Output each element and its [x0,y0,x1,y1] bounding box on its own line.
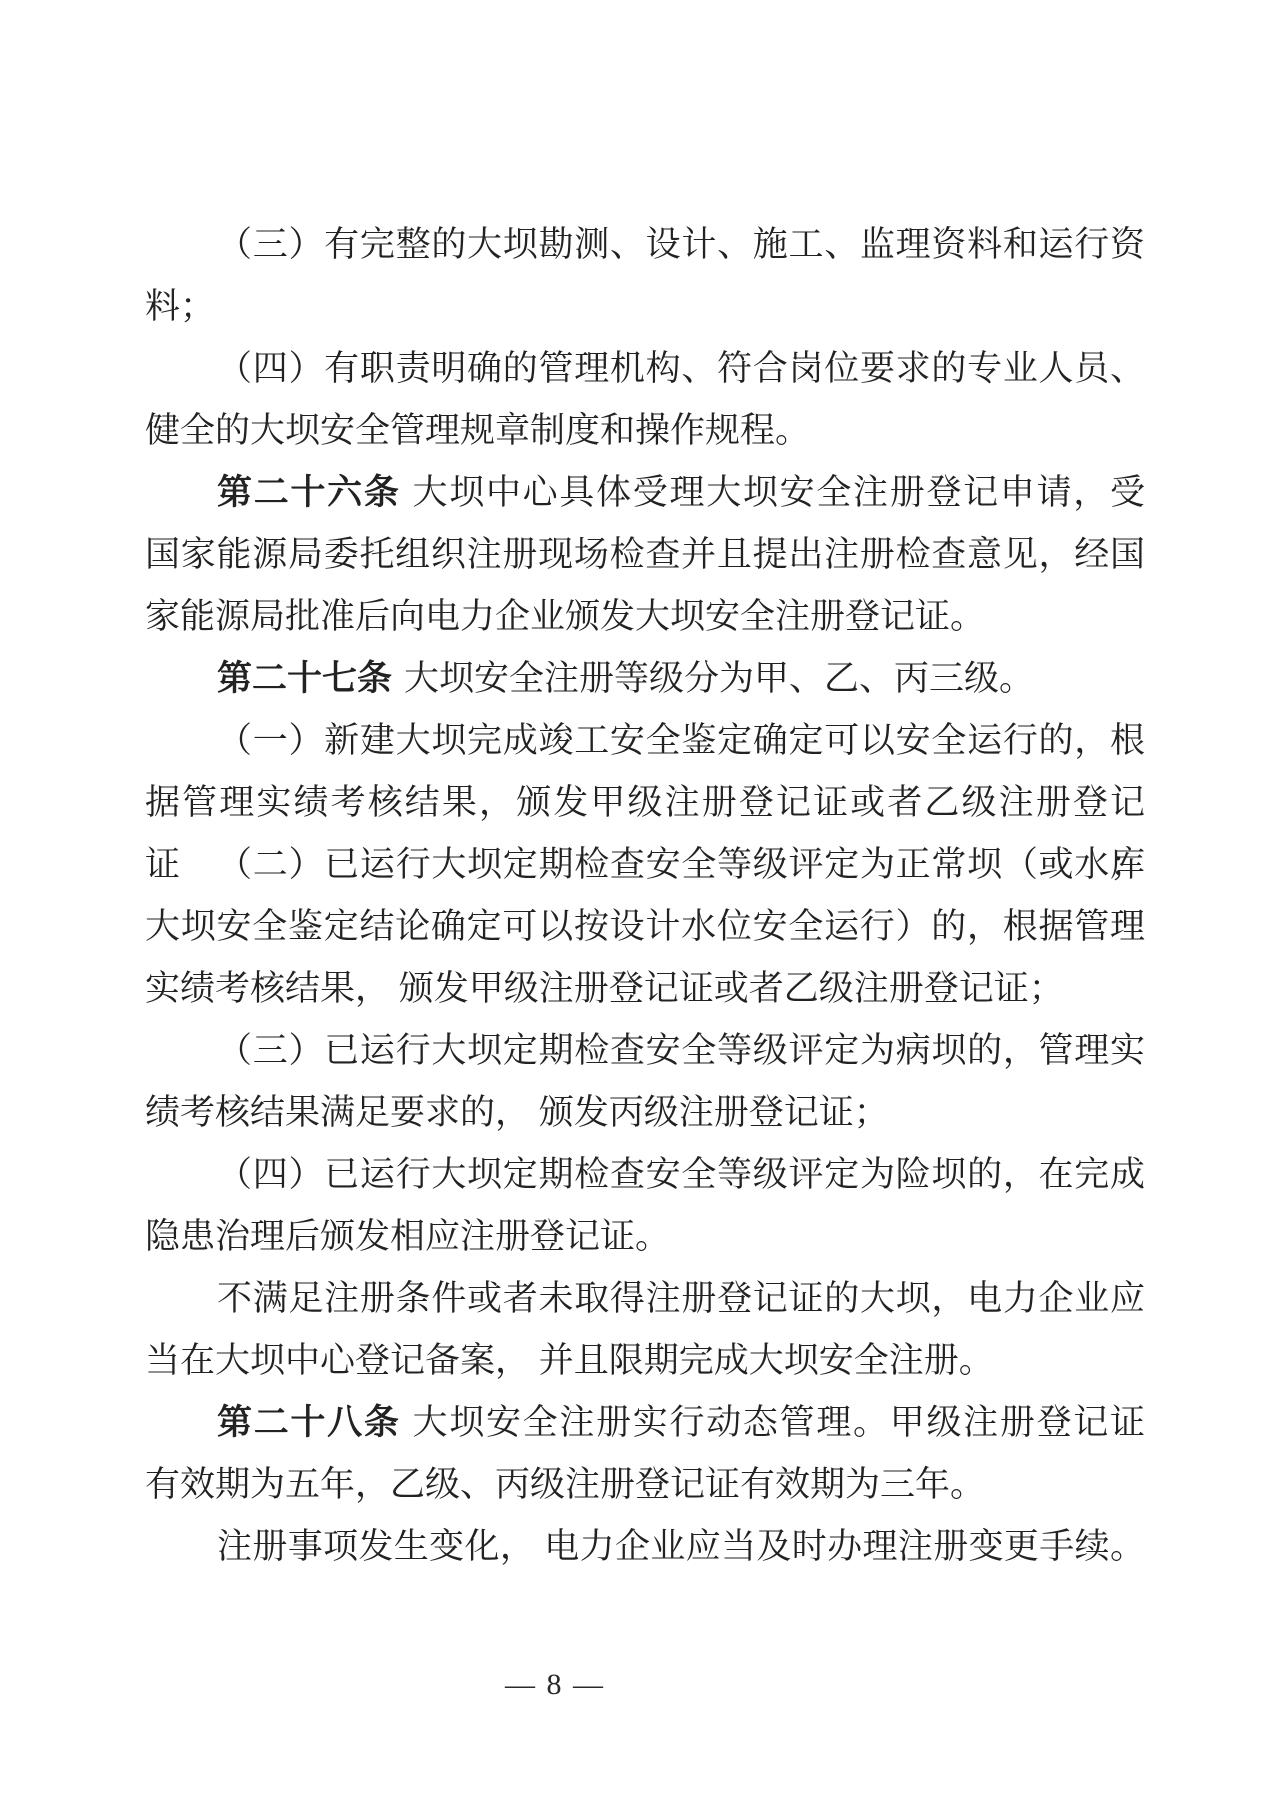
text-line: （二）已运行大坝定期检查安全等级评定为正常坝（或水库 [145,834,1145,896]
line-text: 大坝安全鉴定结论确定可以按设计水位安全运行）的，根据管理 [145,907,1145,946]
text-line: 绩考核结果满足要求的， 颁发丙级注册登记证； [145,1082,1145,1144]
text-line: 第二十七条大坝安全注册等级分为甲、乙、丙三级。 [145,648,1145,710]
article-number: 第二十六条 [217,473,401,512]
line-text: 家能源局批准后向电力企业颁发大坝安全注册登记证。 [145,597,985,636]
line-text: 大坝安全注册等级分为甲、乙、丙三级。 [404,659,1034,698]
document-body: （三）有完整的大坝勘测、设计、施工、监理资料和运行资 料； （四）有职责明确的管… [145,214,1145,1578]
article-number: 第二十七条 [217,659,392,698]
text-line: （三）有完整的大坝勘测、设计、施工、监理资料和运行资 [145,214,1145,276]
page-number: — 8 — [505,1668,605,1701]
text-line: 料； [145,276,1145,338]
text-line: （三）已运行大坝定期检查安全等级评定为病坝的，管理实 [145,1020,1145,1082]
line-text: （三）有完整的大坝勘测、设计、施工、监理资料和运行资 [217,225,1145,264]
line-text: （四）有职责明确的管理机构、符合岗位要求的专业人员、 [217,349,1145,388]
text-line: 国家能源局委托组织注册现场检查并且提出注册检查意见，经国 [145,524,1145,586]
line-text: 健全的大坝安全管理规章制度和操作规程。 [145,411,810,450]
text-line: 有效期为五年，乙级、丙级注册登记证有效期为三年。 [145,1454,1145,1516]
line-text: 国家能源局委托组织注册现场检查并且提出注册检查意见，经国 [145,535,1145,574]
line-text: 绩考核结果满足要求的， 颁发丙级注册登记证； [145,1093,889,1132]
line-text: 注册事项发生变化， 电力企业应当及时办理注册变更手续。 [217,1527,1145,1566]
text-line: 不满足注册条件或者未取得注册登记证的大坝，电力企业应 [145,1268,1145,1330]
text-line: （一）新建大坝完成竣工安全鉴定确定可以安全运行的，根 [145,710,1145,772]
text-line: 家能源局批准后向电力企业颁发大坝安全注册登记证。 [145,586,1145,648]
line-text: 不满足注册条件或者未取得注册登记证的大坝，电力企业应 [217,1279,1145,1318]
line-text: （二）已运行大坝定期检查安全等级评定为正常坝（或水库 [217,845,1145,884]
document-page: （三）有完整的大坝勘测、设计、施工、监理资料和运行资 料； （四）有职责明确的管… [0,0,1280,1810]
text-line: 第二十八条大坝安全注册实行动态管理。甲级注册登记证 [145,1392,1145,1454]
line-text: 实绩考核结果， 颁发甲级注册登记证或者乙级注册登记证； [145,969,1064,1008]
text-line: 隐患治理后颁发相应注册登记证。 [145,1206,1145,1268]
line-text: 大坝中心具体受理大坝安全注册登记申请，受 [413,473,1145,512]
article-number: 第二十八条 [217,1403,401,1442]
line-text: （一）新建大坝完成竣工安全鉴定确定可以安全运行的，根 [217,721,1145,760]
text-line: 健全的大坝安全管理规章制度和操作规程。 [145,400,1145,462]
text-line: 注册事项发生变化， 电力企业应当及时办理注册变更手续。 [145,1516,1145,1578]
text-line: 当在大坝中心登记备案， 并且限期完成大坝安全注册。 [145,1330,1145,1392]
page-footer: — 8 — [0,1668,1110,1702]
line-text: （四）已运行大坝定期检查安全等级评定为险坝的，在完成 [217,1155,1145,1194]
line-text: （三）已运行大坝定期检查安全等级评定为病坝的，管理实 [217,1031,1145,1070]
text-line: （四）有职责明确的管理机构、符合岗位要求的专业人员、 [145,338,1145,400]
line-text: 有效期为五年，乙级、丙级注册登记证有效期为三年。 [145,1465,985,1504]
line-text: 大坝安全注册实行动态管理。甲级注册登记证 [413,1403,1145,1442]
line-text: 隐患治理后颁发相应注册登记证。 [145,1217,670,1256]
text-line: 据管理实绩考核结果，颁发甲级注册登记证或者乙级注册登记证； [145,772,1145,834]
text-line: 实绩考核结果， 颁发甲级注册登记证或者乙级注册登记证； [145,958,1145,1020]
text-line: （四）已运行大坝定期检查安全等级评定为险坝的，在完成 [145,1144,1145,1206]
line-text: 当在大坝中心登记备案， 并且限期完成大坝安全注册。 [145,1341,994,1380]
line-text: 料； [145,287,215,326]
text-line: 大坝安全鉴定结论确定可以按设计水位安全运行）的，根据管理 [145,896,1145,958]
text-line: 第二十六条大坝中心具体受理大坝安全注册登记申请，受 [145,462,1145,524]
